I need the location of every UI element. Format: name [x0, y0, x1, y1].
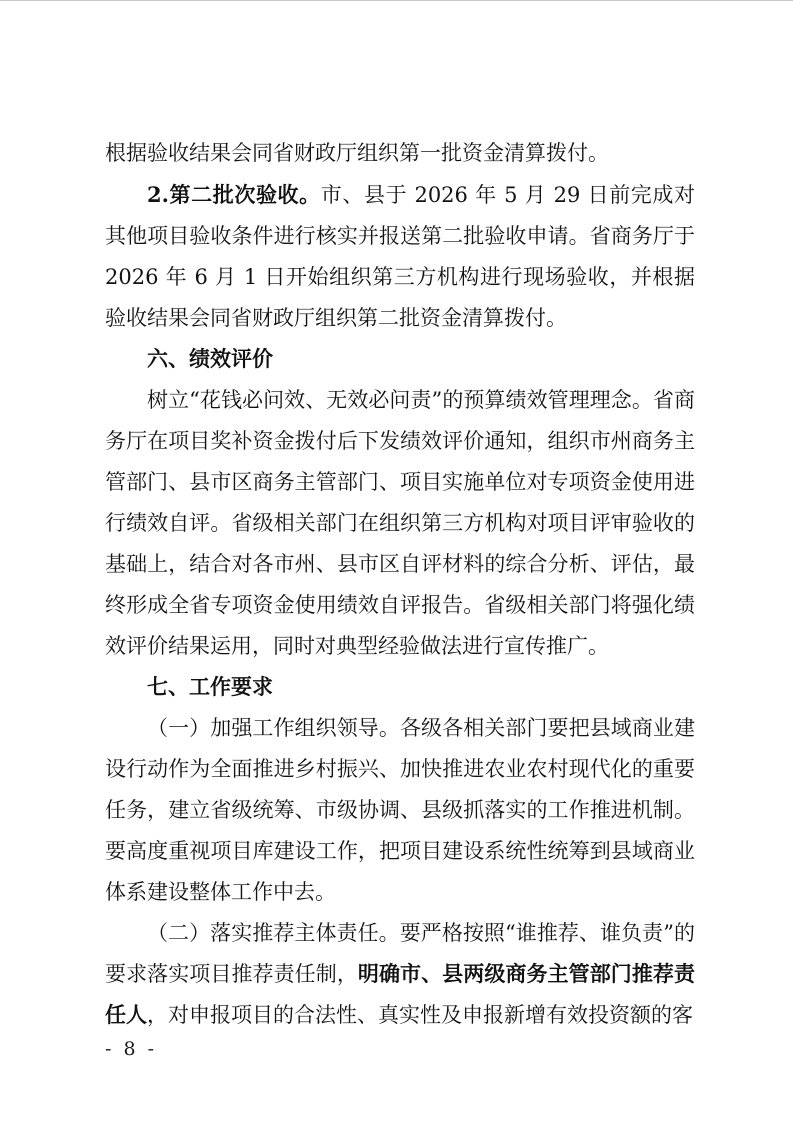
heading-performance-evaluation: 六、绩效评价 [105, 339, 695, 380]
paragraph-text: 各级各相关部门要把县域商业建设行动作为全面推进乡村振兴、加快推进农业农村现代化的… [105, 716, 695, 904]
paragraph-text: 树立“花钱必问效、无效必问责”的预算绩效管理理念。省商务厅在项目奖补资金拨付后下… [105, 388, 695, 658]
document-page: 根据验收结果会同省财政厅组织第一批资金清算拨付。 2.第二批次验收。市、县于 2… [0, 0, 793, 1123]
paragraph-recommendation-responsibility: （二）落实推荐主体责任。要严格按照“谁推荐、谁负责”的要求落实项目推荐责任制，明… [105, 913, 695, 1036]
paragraph-performance-evaluation: 树立“花钱必问效、无效必问责”的预算绩效管理理念。省商务厅在项目奖补资金拨付后下… [105, 380, 695, 667]
heading-work-requirements: 七、工作要求 [105, 667, 695, 708]
page-number: - 8 - [105, 1037, 157, 1061]
paragraph-strengthen-leadership: （一）加强工作组织领导。各级各相关部门要把县域商业建设行动作为全面推进乡村振兴、… [105, 708, 695, 913]
paragraph-lead-bold: 2.第二批次验收。 [147, 182, 321, 207]
paragraph-text: 根据验收结果会同省财政厅组织第一批资金清算拨付。 [105, 141, 609, 165]
document-body: 根据验收结果会同省财政厅组织第一批资金清算拨付。 2.第二批次验收。市、县于 2… [105, 133, 695, 1036]
paragraph-lead-kaiti: （二）落实推荐主体责任。 [147, 921, 400, 945]
paragraph-first-batch-settlement: 根据验收结果会同省财政厅组织第一批资金清算拨付。 [105, 133, 695, 174]
paragraph-text: ，对申报项目的合法性、真实性及申报新增有效投资额的客 [147, 1003, 693, 1027]
paragraph-lead-kaiti: （一）加强工作组织领导。 [147, 716, 400, 740]
paragraph-second-batch-acceptance: 2.第二批次验收。市、县于 2026 年 5 月 29 日前完成对其他项目验收条… [105, 174, 695, 339]
